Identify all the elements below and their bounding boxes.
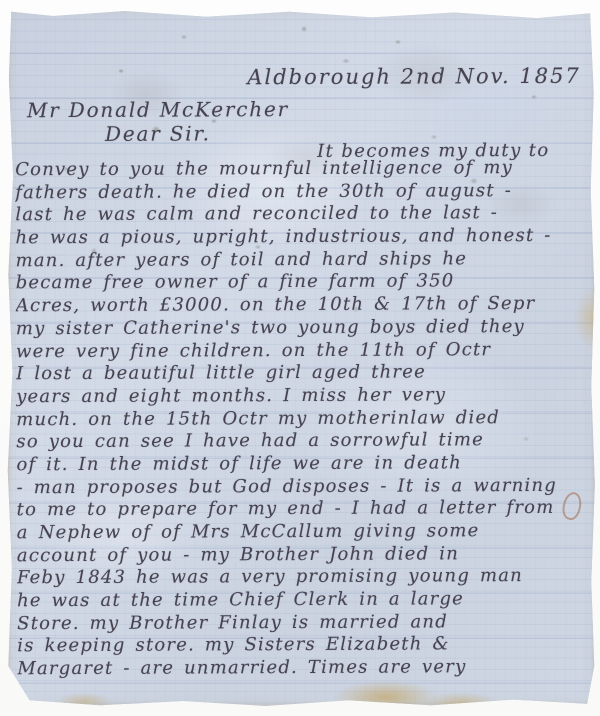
letter-line: much. on the 15th Octr my motherinlaw di…	[16, 406, 590, 431]
letter-line: is keeping store. my Sisters Elizabeth &	[17, 633, 591, 658]
letter-line: fathers death. he died on the 30th of au…	[15, 179, 589, 204]
scan-background: Aldborough 2nd Nov. 1857 Mr Donald McKer…	[0, 0, 600, 716]
letter-line: to me to prepare for my end - I had a le…	[17, 497, 591, 522]
letter-line: so you can see I have had a sorrowful ti…	[16, 429, 590, 454]
letter-line: Margaret - are unmarried. Times are very	[17, 656, 591, 681]
letter-line: he was a pious, upright, industrious, an…	[15, 225, 589, 250]
letter-body: Convey to you the mournful intelligence …	[15, 157, 591, 681]
letter-line: Store. my Brother Finlay is married and	[17, 610, 591, 635]
letter-line: Convey to you the mournful intelligence …	[15, 157, 589, 182]
letter-line: were very fine children. on the 11th of …	[16, 338, 590, 363]
letter-line: became free owner of a fine farm of 350	[16, 270, 590, 295]
letter-line: last he was calm and reconciled to the l…	[15, 202, 589, 227]
letter-line: of it. In the midst of life we are in de…	[16, 452, 590, 477]
letter-recipient: Mr Donald McKercher	[27, 97, 289, 122]
letter-line: man. after years of toil and hard ships …	[16, 247, 590, 272]
letter-line: my sister Catherine's two young boys die…	[16, 316, 590, 341]
letter-line: - man proposes but God disposes - It is …	[17, 474, 591, 499]
letter-content: Aldborough 2nd Nov. 1857 Mr Donald McKer…	[4, 8, 597, 710]
letter-line: Acres, worth £3000. on the 10th & 17th o…	[16, 293, 590, 318]
letter-line: Feby 1843 he was a very promising young …	[17, 565, 591, 590]
letter-line: years and eight months. I miss her very	[16, 384, 590, 409]
letter-paper: Aldborough 2nd Nov. 1857 Mr Donald McKer…	[6, 9, 596, 708]
letter-line: a Nephew of of Mrs McCallum giving some	[17, 520, 591, 545]
letter-salutation: Dear Sir.	[105, 121, 211, 145]
letter-line: he was at the time Chief Clerk in a larg…	[17, 588, 591, 613]
letter-line: I lost a beautiful little girl aged thre…	[16, 361, 590, 386]
letter-line: account of you - my Brother John died in	[17, 542, 591, 567]
letter-place-date: Aldborough 2nd Nov. 1857	[247, 64, 581, 89]
